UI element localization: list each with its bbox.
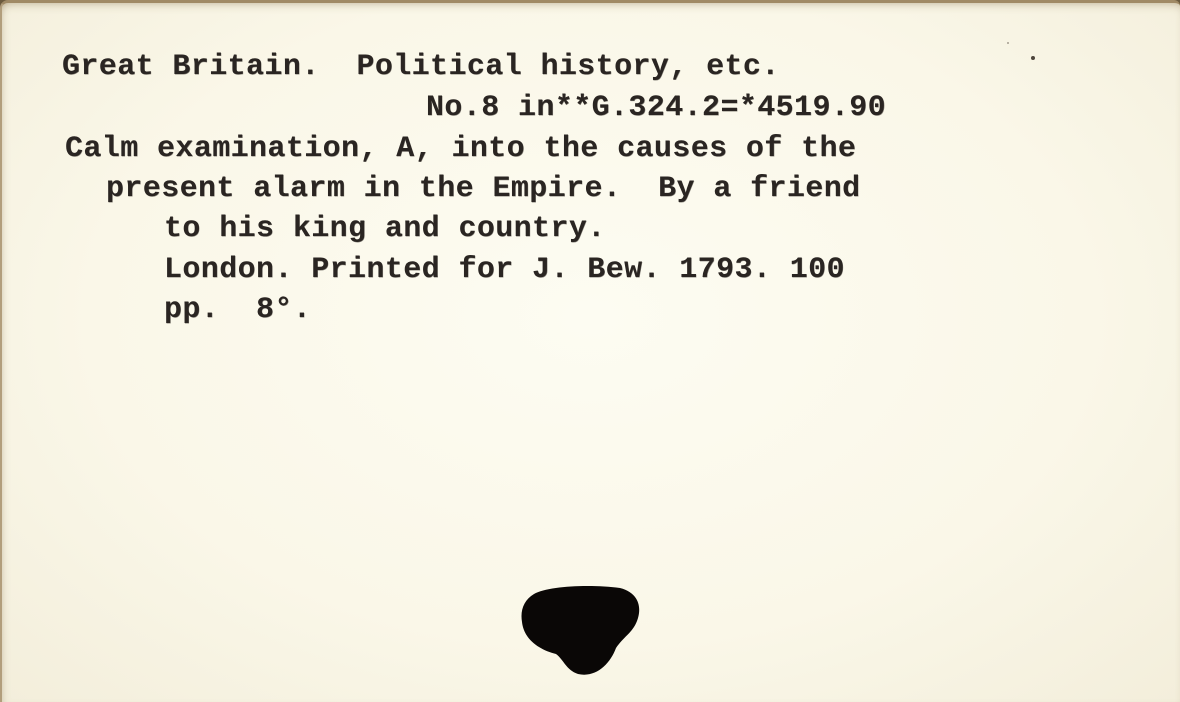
call-number: No.8 in**G.324.2=*4519.90 (426, 93, 886, 123)
catalog-card: Great Britain. Political history, etc. N… (0, 0, 1180, 702)
punch-hole-icon (520, 584, 642, 680)
title-line-3: to his king and country. (164, 214, 606, 244)
ink-speck (1007, 42, 1009, 44)
imprint-line-1: London. Printed for J. Bew. 1793. 100 (164, 255, 845, 285)
ink-speck (1031, 56, 1035, 60)
subject-heading: Great Britain. Political history, etc. (62, 52, 780, 82)
title-line-2: present alarm in the Empire. By a friend (106, 174, 861, 204)
title-line-1: Calm examination, A, into the causes of … (65, 134, 856, 164)
imprint-line-2: pp. 8°. (164, 295, 311, 325)
